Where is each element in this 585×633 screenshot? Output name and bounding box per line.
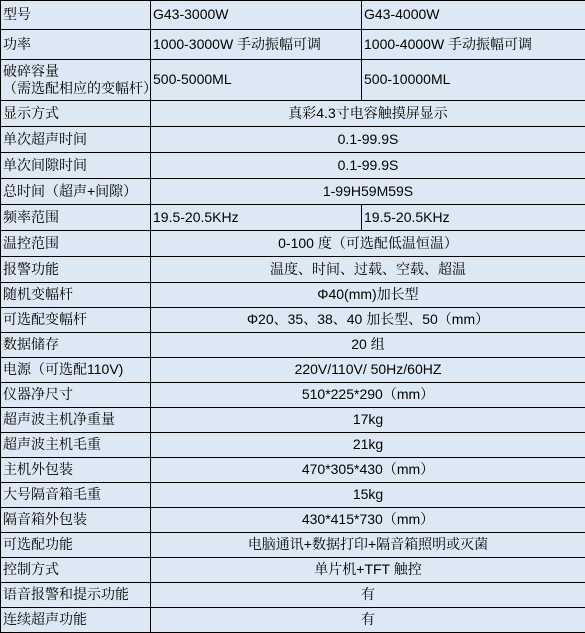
table-row: 温控范围 0-100 度（可选配低温恒温）: [1, 231, 585, 257]
spec-label: 隔音箱外包装: [1, 508, 151, 533]
spec-value-merged: 0.1-99.9S: [151, 127, 585, 153]
spec-value-merged: Φ20、35、38、40 加长型、50（mm）: [151, 308, 585, 333]
spec-value-merged: 430*415*730（mm）: [151, 508, 585, 533]
spec-label: 总时间（超声+间隙）: [1, 179, 151, 205]
spec-value-merged: 510*225*290（mm）: [151, 383, 585, 408]
spec-value-col1: 500-5000ML: [151, 60, 362, 101]
spec-label: 温控范围: [1, 231, 151, 257]
spec-label: 功率: [1, 30, 151, 60]
spec-label: 电源（可选配110V): [1, 358, 151, 383]
spec-value-col2: 1000-4000W 手动振幅可调: [362, 30, 585, 60]
spec-value-merged: 20 组: [151, 333, 585, 358]
spec-value-merged: 470*305*430（mm）: [151, 458, 585, 483]
table-row: 报警功能 温度、时间、过载、空载、超温: [1, 257, 585, 283]
table-row: 仪器净尺寸 510*225*290（mm）: [1, 383, 585, 408]
table-row: 可选配变幅杆 Φ20、35、38、40 加长型、50（mm）: [1, 308, 585, 333]
spec-label: 语音报警和提示功能: [1, 583, 151, 608]
spec-sheet: 型号 G43-3000W G43-4000W 功率 1000-3000W 手动振…: [0, 0, 585, 633]
table-row: 语音报警和提示功能 有: [1, 583, 585, 608]
spec-label: 型号: [1, 1, 151, 30]
spec-value-merged: Φ40(mm)加长型: [151, 283, 585, 308]
table-row: 频率范围 19.5-20.5KHz 19.5-20.5KHz: [1, 205, 585, 231]
table-row: 可选配功能 电脑通讯+数据打印+隔音箱照明或灭菌: [1, 533, 585, 558]
spec-label: 仪器净尺寸: [1, 383, 151, 408]
spec-label: 数据储存: [1, 333, 151, 358]
table-row: 数据储存 20 组: [1, 333, 585, 358]
table-row: 单次间隙时间 0.1-99.9S: [1, 153, 585, 179]
spec-value-col1: 19.5-20.5KHz: [151, 205, 362, 231]
spec-label: 主机外包装: [1, 458, 151, 483]
table-row: 连续超声功能 有: [1, 608, 585, 633]
spec-value-col2: 500-10000ML: [362, 60, 585, 101]
spec-label: 连续超声功能: [1, 608, 151, 633]
spec-value-col1: 1000-3000W 手动振幅可调: [151, 30, 362, 60]
spec-value-merged: 17kg: [151, 408, 585, 433]
table-row: 控制方式 单片机+TFT 触控: [1, 558, 585, 583]
spec-label: 随机变幅杆: [1, 283, 151, 308]
spec-value-merged: 21kg: [151, 433, 585, 458]
spec-label: 超声波主机净重量: [1, 408, 151, 433]
spec-table: 型号 G43-3000W G43-4000W 功率 1000-3000W 手动振…: [0, 0, 585, 633]
table-row: 功率 1000-3000W 手动振幅可调 1000-4000W 手动振幅可调: [1, 30, 585, 60]
table-row: 大号隔音箱毛重 15kg: [1, 483, 585, 508]
spec-label: 大号隔音箱毛重: [1, 483, 151, 508]
spec-value-merged: 1-99H59M59S: [151, 179, 585, 205]
spec-label: 单次间隙时间: [1, 153, 151, 179]
table-row: 破碎容量 （需选配相应的变幅杆） 500-5000ML 500-10000ML: [1, 60, 585, 101]
table-row: 型号 G43-3000W G43-4000W: [1, 1, 585, 30]
spec-label: 可选配功能: [1, 533, 151, 558]
spec-label: 频率范围: [1, 205, 151, 231]
spec-value-merged: 真彩4.3寸电容触摸屏显示: [151, 101, 585, 127]
table-row: 显示方式 真彩4.3寸电容触摸屏显示: [1, 101, 585, 127]
spec-label: 可选配变幅杆: [1, 308, 151, 333]
spec-value-col1: G43-3000W: [151, 1, 362, 30]
table-row: 隔音箱外包装 430*415*730（mm）: [1, 508, 585, 533]
table-row: 超声波主机净重量 17kg: [1, 408, 585, 433]
table-row: 超声波主机毛重 21kg: [1, 433, 585, 458]
table-row: 主机外包装 470*305*430（mm）: [1, 458, 585, 483]
spec-value-col2: 19.5-20.5KHz: [362, 205, 585, 231]
spec-label: 破碎容量 （需选配相应的变幅杆）: [1, 60, 151, 101]
table-row: 单次超声时间 0.1-99.9S: [1, 127, 585, 153]
spec-label: 超声波主机毛重: [1, 433, 151, 458]
spec-label: 单次超声时间: [1, 127, 151, 153]
spec-label: 显示方式: [1, 101, 151, 127]
spec-value-merged: 温度、时间、过载、空载、超温: [151, 257, 585, 283]
spec-value-merged: 电脑通讯+数据打印+隔音箱照明或灭菌: [151, 533, 585, 558]
spec-value-col2: G43-4000W: [362, 1, 585, 30]
spec-value-merged: 有: [151, 608, 585, 633]
spec-value-merged: 0-100 度（可选配低温恒温）: [151, 231, 585, 257]
table-row: 随机变幅杆 Φ40(mm)加长型: [1, 283, 585, 308]
spec-label-line2: （需选配相应的变幅杆）: [3, 80, 148, 98]
spec-label: 报警功能: [1, 257, 151, 283]
spec-label: 控制方式: [1, 558, 151, 583]
spec-value-merged: 0.1-99.9S: [151, 153, 585, 179]
spec-value-merged: 15kg: [151, 483, 585, 508]
spec-label-line1: 破碎容量: [3, 63, 148, 81]
spec-value-merged: 单片机+TFT 触控: [151, 558, 585, 583]
spec-value-merged: 有: [151, 583, 585, 608]
table-row: 电源（可选配110V) 220V/110V/ 50Hz/60HZ: [1, 358, 585, 383]
table-row: 总时间（超声+间隙） 1-99H59M59S: [1, 179, 585, 205]
spec-value-merged: 220V/110V/ 50Hz/60HZ: [151, 358, 585, 383]
